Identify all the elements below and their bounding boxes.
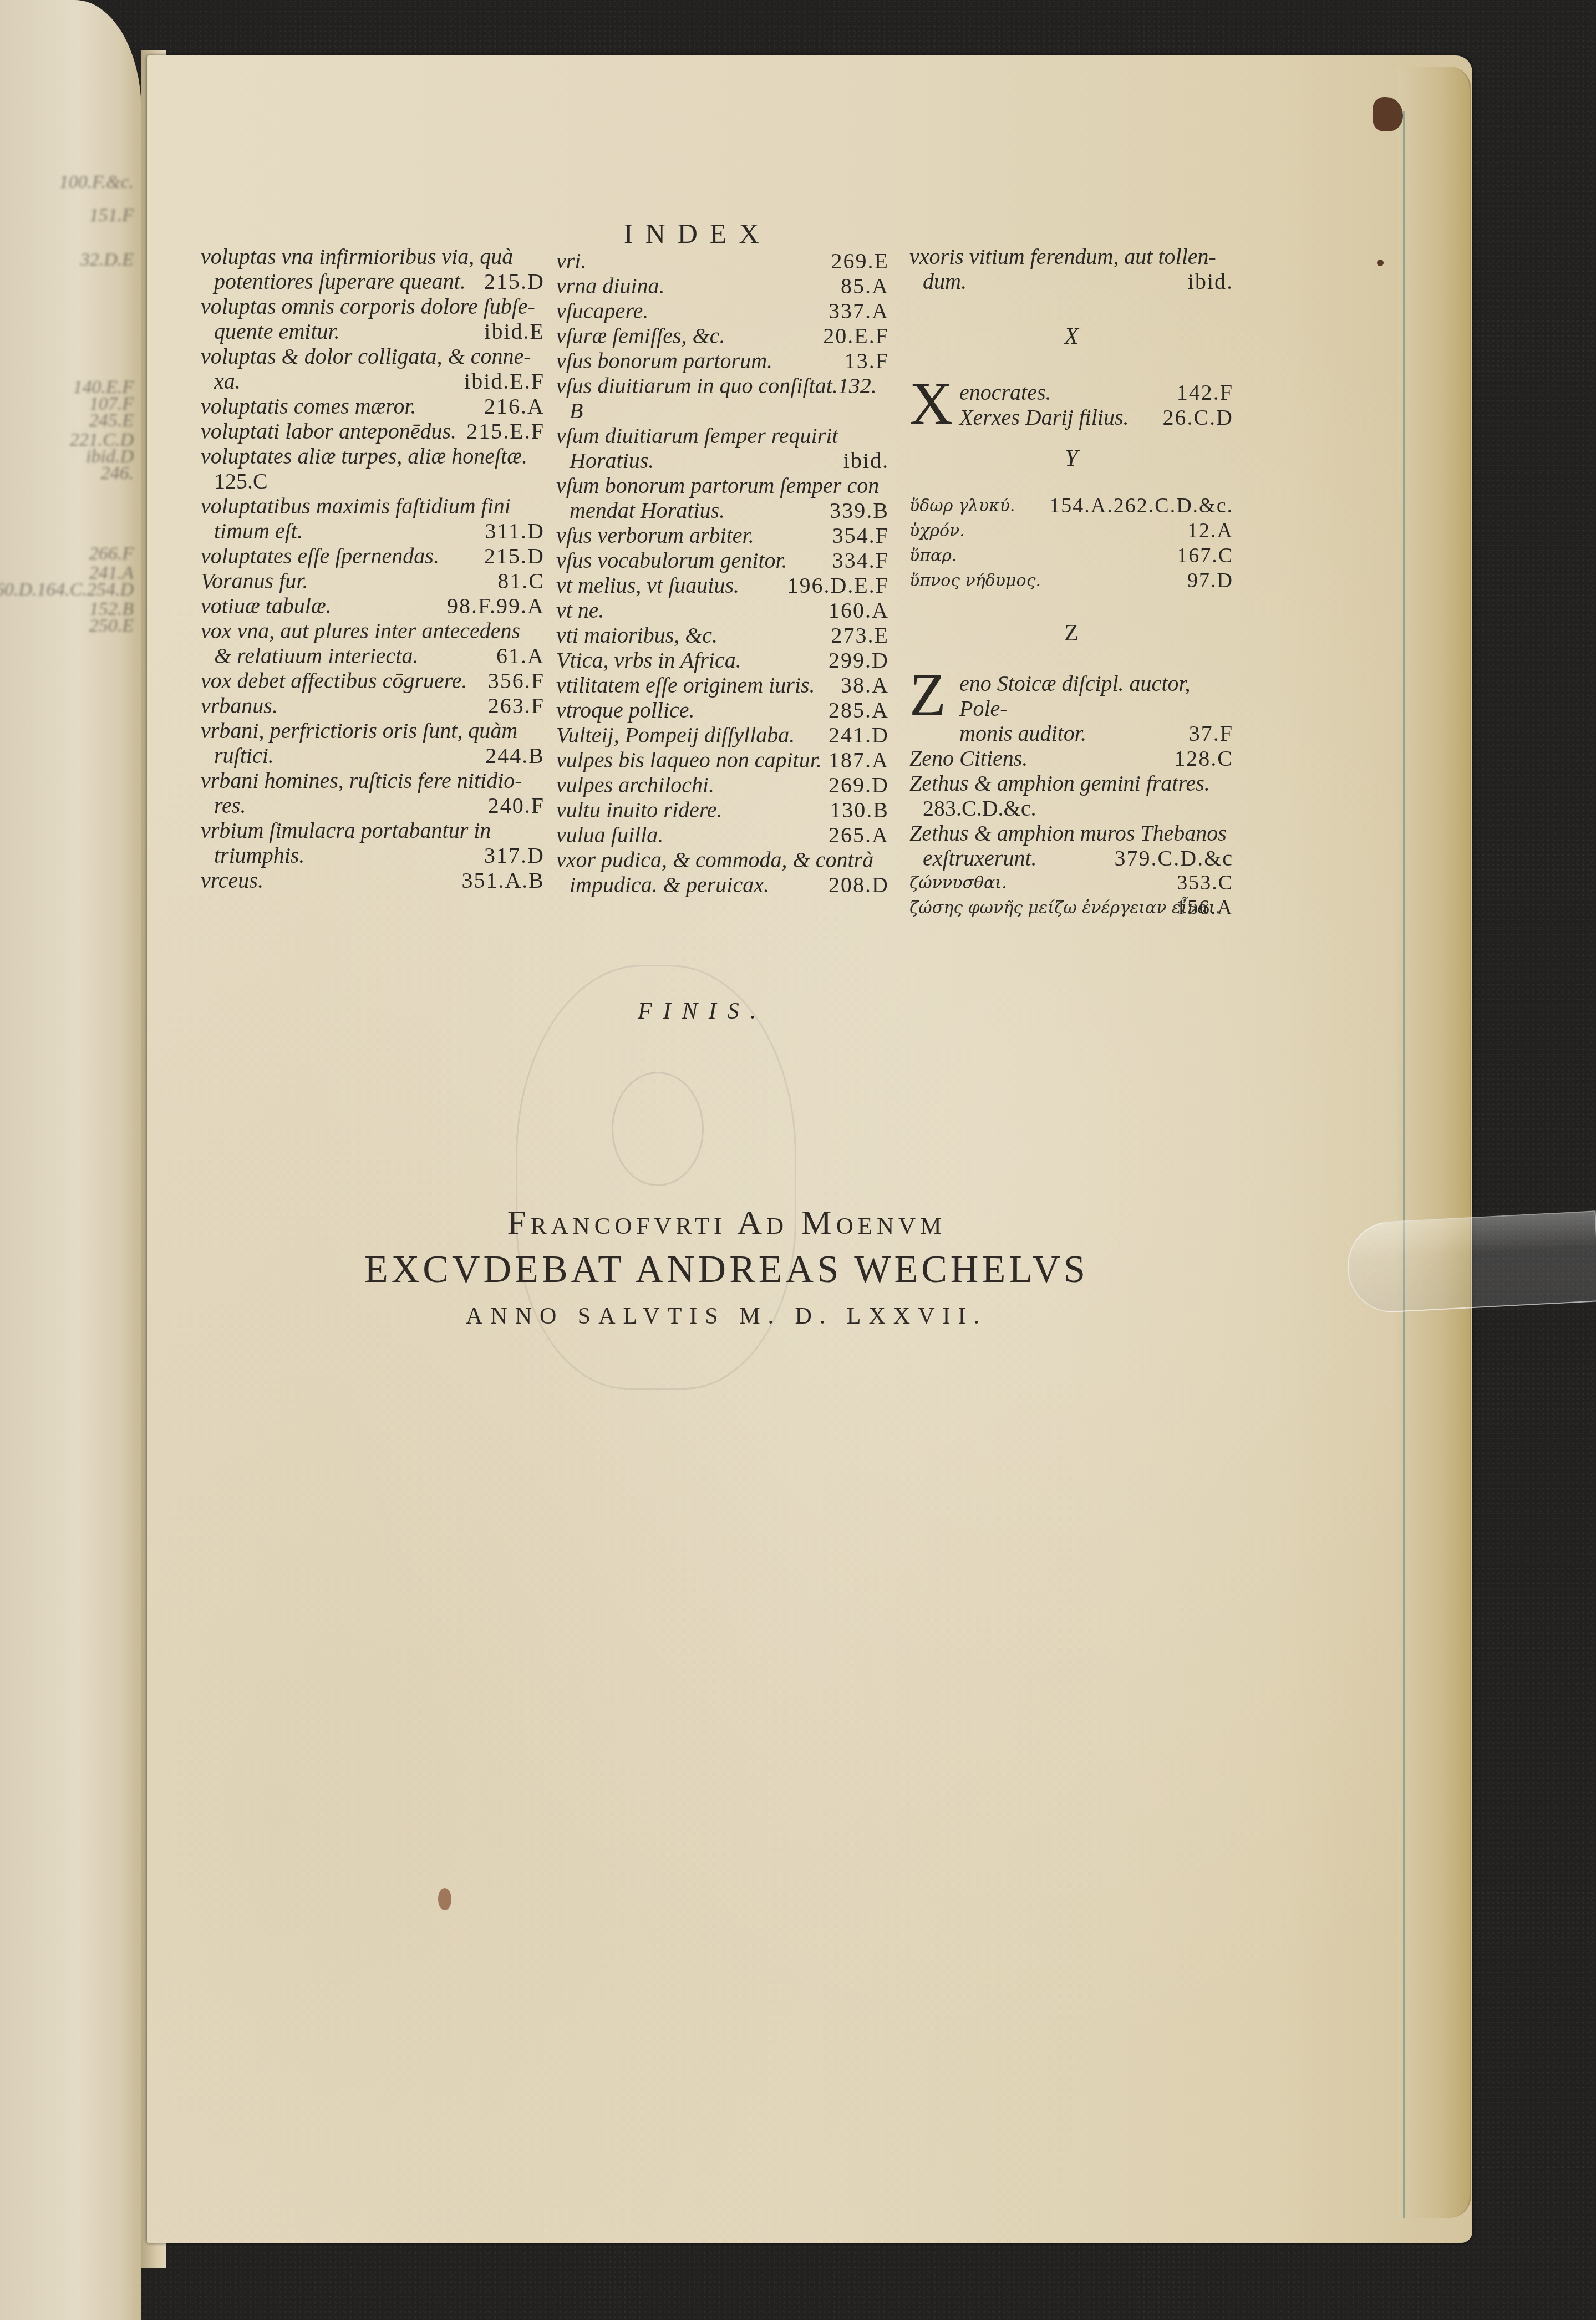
page-ref: 61.A <box>496 643 545 668</box>
page-ref: 187.A <box>829 747 889 772</box>
page-ref: 240.F <box>488 793 545 818</box>
page-ref: 26.C.D <box>1162 405 1233 430</box>
page-ref: 81.C <box>497 568 545 593</box>
index-entry: vulpes bis laqueo non capitur.187.A <box>556 747 889 772</box>
index-entry: vt melius, vt ſuauius.196.D.E.F <box>556 573 889 598</box>
index-entry: Zethus & amphion muros Thebanosexſtruxer… <box>909 821 1233 871</box>
left-page-ref: 245.E <box>89 410 134 431</box>
page-clip[interactable] <box>1345 1210 1596 1314</box>
index-entry: vrbani homines, ruſticis fere nitidio-re… <box>201 768 545 818</box>
index-entry: vxor pudica, & commoda, & contràimpudica… <box>556 847 889 897</box>
left-page-ref: 100.F.&c. <box>59 172 134 193</box>
index-entry: vtilitatem eſſe originem iuris.38.A <box>556 673 889 698</box>
index-entry: vſum diuitiarum ſemper requiritHoratius.… <box>556 423 889 473</box>
page-ref: ibid. <box>1188 269 1233 294</box>
index-entry: vulua ſuilla.265.A <box>556 822 889 847</box>
page-ref: 13.F <box>845 348 889 373</box>
index-entry: vrbani, perfrictioris oris ſunt, quàmruſ… <box>201 718 545 768</box>
index-entry: vti maioribus, &c.273.E <box>556 623 889 648</box>
page-ref: 263.F <box>488 693 545 718</box>
page-ref: 334.F <box>832 548 889 573</box>
drop-cap-x: X <box>909 378 953 431</box>
page-ref: 285.A <box>829 698 889 723</box>
index-entry: vſus diuitiarum in quo conſiſtat.132.B <box>556 373 889 423</box>
page-ref: 351.A.B <box>461 868 545 893</box>
index-entry: voluptatibus maximis faſtidium finitimum… <box>201 493 545 543</box>
page-ref: 160.A <box>829 598 889 623</box>
section-heading-x: X <box>909 324 1233 349</box>
left-page-ref: 32.D.E <box>80 250 134 271</box>
ruled-margin-line <box>1403 111 1405 2218</box>
page-ref: 38.A <box>841 673 889 698</box>
page-ref: 265.A <box>829 822 889 847</box>
page-ref: 12.A <box>1187 518 1233 543</box>
foxing-stain <box>438 1888 451 1910</box>
section-heading-z: Z <box>909 621 1233 646</box>
index-entry: vultu inuito ridere.130.B <box>556 797 889 822</box>
index-entry: vrbium ſimulacra portabantur intriumphis… <box>201 818 545 868</box>
page-ref: ibid.E.F <box>464 369 545 394</box>
index-entry: enocrates.142.F <box>959 380 1233 405</box>
page-ref: 128.C <box>1174 746 1233 771</box>
section-z: Z eno Stoicæ diſcipl. auctor, Pole-monis… <box>909 671 1233 746</box>
section-x: X enocrates.142.F Xerxes Darij filius.26… <box>909 380 1233 430</box>
left-page-ref: 160.D.164.C.254.D <box>0 579 134 601</box>
index-entry: Zeno Citiens.128.C <box>909 746 1233 771</box>
index-column-1: voluptas vna infirmioribus via, quàpoten… <box>201 244 545 893</box>
page-ref: 85.A <box>841 273 889 298</box>
index-entry: voluptates eſſe ſpernendas.215.D <box>201 543 545 568</box>
colophon-printer: EXCVDEBAT ANDREAS WECHELVS <box>255 1248 1198 1292</box>
page-ref: 354.F <box>832 523 889 548</box>
page-ref: 37.F <box>1189 721 1233 746</box>
index-entry: voluptati labor anteponēdus.215.E.F <box>201 419 545 444</box>
index-entry: vox debet affectibus cōgruere.356.F <box>201 668 545 693</box>
index-entry: ὕδωρ γλυκύ.154.A.262.C.D.&c. <box>909 493 1233 518</box>
page-ref: 196.D.E.F <box>787 573 889 598</box>
page-ref: 317.D <box>484 843 545 868</box>
page-ref: 154.A.262.C.D.&c. <box>1049 493 1233 518</box>
page-ref: 244.B <box>485 743 545 768</box>
page-ref: 353.C <box>1177 871 1233 896</box>
page-ref: 269.D <box>829 772 889 797</box>
page-fore-edge <box>1397 67 1471 2218</box>
page-ref: 156.A <box>1176 896 1233 920</box>
index-entry: vulpes archilochi.269.D <box>556 772 889 797</box>
page-ref: 339.B <box>830 498 889 523</box>
index-entry: vſus vocabulorum genitor.334.F <box>556 548 889 573</box>
colophon-place: Francofvrti Ad Moenvm <box>255 1203 1198 1243</box>
index-entry: ζώσης φωνῆς μείζω ἐνέργειαν εἶναι.156.A <box>909 896 1233 920</box>
index-entry: vtroque pollice.285.A <box>556 698 889 723</box>
finis-mark: FINIS. <box>638 998 767 1025</box>
index-entry: votiuæ tabulæ.98.F.99.A <box>201 593 545 618</box>
index-entry: vxoris vitium ferendum, aut tollen-dum.i… <box>909 244 1233 294</box>
page-ref: 311.D <box>485 518 545 543</box>
page-header: INDEX <box>624 217 771 250</box>
page-ref: 98.F.99.A <box>447 593 545 618</box>
page-ref: 130.B <box>830 797 889 822</box>
index-entry: vri.269.E <box>556 248 889 273</box>
page-ref: 299.D <box>829 648 889 673</box>
index-entry: vſum bonorum partorum ſemper conmendat H… <box>556 473 889 523</box>
page-ref: 142.F <box>1177 380 1233 405</box>
page-ref: 356.F <box>488 668 545 693</box>
left-page-ref: 266.F <box>89 543 134 564</box>
left-page-curl: 100.F.&c. 151.F 32.D.E 140.E.F 107.F 245… <box>0 0 141 2320</box>
index-entry: voluptas vna infirmioribus via, quàpoten… <box>201 244 545 294</box>
index-entry: vſus bonorum partorum.13.F <box>556 348 889 373</box>
page-ref: 208.D <box>829 872 889 897</box>
index-entry: voluptas & dolor colligata, & conne-xa.i… <box>201 344 545 394</box>
page-ref: 241.D <box>829 723 889 747</box>
index-entry: eno Stoicæ diſcipl. auctor, Pole-monis a… <box>959 671 1233 746</box>
page-ref: 216.A <box>484 394 545 419</box>
index-entry: Voranus fur.81.C <box>201 568 545 593</box>
page-ref: 379.C.D.&c <box>1115 846 1233 871</box>
left-page-ref: 246. <box>101 463 134 484</box>
page-ref: 337.A <box>829 298 889 323</box>
left-page-ref: 250.E <box>89 615 134 637</box>
page-ref: ibid. <box>843 448 889 473</box>
index-entry: vox vna, aut plures inter antecedens& re… <box>201 618 545 668</box>
index-entry: vrna diuina.85.A <box>556 273 889 298</box>
page-ref: 20.E.F <box>823 323 889 348</box>
page-ref: 97.D <box>1187 568 1233 593</box>
index-entry: vſus verborum arbiter.354.F <box>556 523 889 548</box>
index-column-3: vxoris vitium ferendum, aut tollen-dum.i… <box>909 244 1233 920</box>
page-ref: ibid.E <box>484 319 545 344</box>
index-entry: Vulteij, Pompeij diſſyllaba.241.D <box>556 723 889 747</box>
section-heading-y: Υ <box>909 446 1233 471</box>
page-ref: 167.C <box>1177 543 1233 568</box>
index-entry: vſuræ ſemiſſes, &c.20.E.F <box>556 323 889 348</box>
index-entry: vrbanus.263.F <box>201 693 545 718</box>
page-ref: 269.E <box>831 248 889 273</box>
index-entry: voluptas omnis corporis dolore ſubſe-que… <box>201 294 545 344</box>
index-entry: vt ne.160.A <box>556 598 889 623</box>
page-ref: 215.E.F <box>466 419 545 444</box>
page-ref: 273.E <box>831 623 889 648</box>
index-entry: ὕπαρ.167.C <box>909 543 1233 568</box>
drop-cap-z: Z <box>909 669 946 722</box>
index-entry: voluptates aliæ turpes, aliæ honeſtæ.125… <box>201 444 545 493</box>
left-page-ref: 151.F <box>89 205 134 226</box>
index-entry: Zethus & amphion gemini fratres.283.C.D.… <box>909 771 1233 821</box>
colophon-date: ANNO SALVTIS M. D. LXXVII. <box>255 1303 1198 1330</box>
page-ref: 215.D <box>484 269 545 294</box>
index-entry: vrceus.351.A.B <box>201 868 545 893</box>
ink-spot <box>1377 260 1384 266</box>
page-ref: 215.D <box>484 543 545 568</box>
index-entry: voluptatis comes mæror.216.A <box>201 394 545 419</box>
index-entry: Xerxes Darij filius.26.C.D <box>959 405 1233 430</box>
index-entry: ὕπνος νήδυμος.97.D <box>909 568 1233 593</box>
index-entry: ὑχρόν.12.A <box>909 518 1233 543</box>
index-entry: vſucapere.337.A <box>556 298 889 323</box>
index-entry: Vtica, vrbs in Africa.299.D <box>556 648 889 673</box>
index-entry: ζώννυσθαι.353.C <box>909 871 1233 896</box>
index-column-2: vri.269.E vrna diuina.85.A vſucapere.337… <box>556 248 889 897</box>
